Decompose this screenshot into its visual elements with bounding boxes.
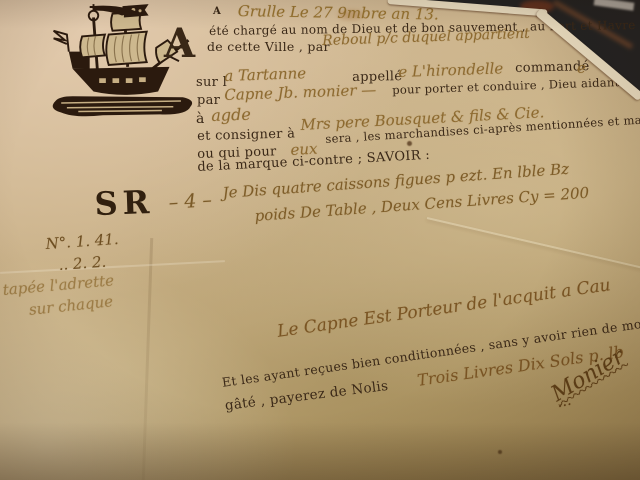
shipper-mark-initials: SR (94, 186, 155, 220)
photo-of-document: A A Grulle Le 27 9mbre an 13. été chargé… (0, 0, 640, 480)
date-line-printed-a: A (213, 6, 221, 17)
table-highlight (594, 0, 635, 11)
package-count-script: – 4 – (168, 189, 213, 214)
opening-line-2-printed: de cette Ville , par (207, 39, 330, 54)
destination-script: agde (211, 105, 251, 125)
vessel-name-script-1: a Tartanne (224, 64, 306, 85)
ink-spot (498, 450, 502, 454)
vessel-printed-1: sur l (196, 75, 227, 90)
destination-printed: à (196, 111, 205, 127)
vessel-script-3: e (577, 59, 586, 77)
margin-numbers-2: .. 2. 2. (58, 253, 107, 274)
ink-spot (407, 141, 412, 146)
vessel-name-script-2: e L'hirondelle (398, 59, 504, 81)
consignee-printed: et consigner à (197, 126, 295, 144)
dropcap-initial: A (164, 24, 195, 64)
